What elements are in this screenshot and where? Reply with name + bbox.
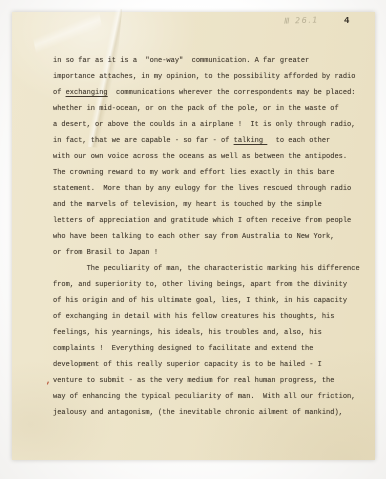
typescript-text: The peculiarity of man, the characterist… [53,265,360,273]
pencil-archive-annotation: Ⅲ 26.1 [284,15,319,25]
typescript-text: who have been talking to each other say … [53,233,334,241]
typescript-line: with our own voice across the oceans as … [53,149,369,165]
typewritten-page: Ⅲ 26.1 4 in so far as it is a "one-way" … [12,12,375,460]
typescript-text: or from Brasil to Japan ! [53,249,158,257]
typescript-text: way of enhancing the typical peculiarity… [53,393,355,401]
typescript-line: a desert, or above the coulds in a airpl… [53,117,369,133]
typescript-line: ,venture to submit - as the very medium … [53,373,369,389]
typescript-line: and the marvels of television, my heart … [53,197,369,213]
typescript-line: statement. More than by any eulogy for t… [53,181,369,197]
scanned-document: Ⅲ 26.1 4 in so far as it is a "one-way" … [0,0,386,479]
typescript-text: of exchanging in detail with his fellow … [53,313,334,321]
typescript-line: or from Brasil to Japan ! [53,245,369,261]
underlined-word: exchanging [66,89,108,97]
page-number: 4 [344,16,349,26]
typescript-text: to each other [267,137,330,145]
typescript-line: of exchanging in detail with his fellow … [53,309,369,325]
typescript-line: whether in mid-ocean, or on the pack of … [53,101,369,117]
typescript-text: jealousy and antagonism, (the inevitable… [53,409,343,417]
typescript-line: letters of appreciation and gratitude wh… [53,213,369,229]
typescript-text: feelings, his yearnings, his ideals, his… [53,329,322,337]
red-margin-mark: , [46,374,51,390]
typescript-text: complaints ! Everything designed to faci… [53,345,313,353]
typescript-line: feelings, his yearnings, his ideals, his… [53,325,369,341]
typescript-text: of his origin and of his ultimate goal, … [53,297,347,305]
typescript-line: of exchanging communications wherever th… [53,85,369,101]
typescript-line: jealousy and antagonism, (the inevitable… [53,405,369,421]
typescript-text: letters of appreciation and gratitude wh… [53,217,351,225]
typescript-line: from, and superiority to, other living b… [53,277,369,293]
typescript-text: The crowning reward to my work and effor… [53,169,334,177]
typescript-text: with our own voice across the oceans as … [53,153,347,161]
typescript-line: importance attaches, in my opinion, to t… [53,69,369,85]
typescript-text: and the marvels of television, my heart … [53,201,322,209]
typescript-text: in fact, that we are capable - so far - … [53,137,234,145]
typescript-lines: in so far as it is a "one-way" communica… [53,53,369,421]
typescript-text: a desert, or above the coulds in a airpl… [53,121,355,129]
typescript-text: communications wherever the corresponden… [108,89,356,97]
typescript-line: development of this really superior capa… [53,357,369,373]
typescript-line: who have been talking to each other say … [53,229,369,245]
typescript-line: complaints ! Everything designed to faci… [53,341,369,357]
typescript-line: The crowning reward to my work and effor… [53,165,369,181]
typescript-text: venture to submit - as the very medium f… [53,377,334,385]
typescript-line: The peculiarity of man, the characterist… [53,261,369,277]
typescript-line: in so far as it is a "one-way" communica… [53,53,369,69]
typescript-text: importance attaches, in my opinion, to t… [53,73,355,81]
underlined-word: talking [234,137,268,145]
typescript-text: from, and superiority to, other living b… [53,281,347,289]
typescript-line: in fact, that we are capable - so far - … [53,133,369,149]
typescript-text: whether in mid-ocean, or on the pack of … [53,105,339,113]
typescript-line: of his origin and of his ultimate goal, … [53,293,369,309]
typescript-text: in so far as it is a "one-way" communica… [53,57,309,65]
typescript-text: of [53,89,66,97]
paper-crease [29,5,105,55]
typescript-text: development of this really superior capa… [53,361,322,369]
typescript-text: statement. More than by any eulogy for t… [53,185,351,193]
typescript-line: way of enhancing the typical peculiarity… [53,389,369,405]
